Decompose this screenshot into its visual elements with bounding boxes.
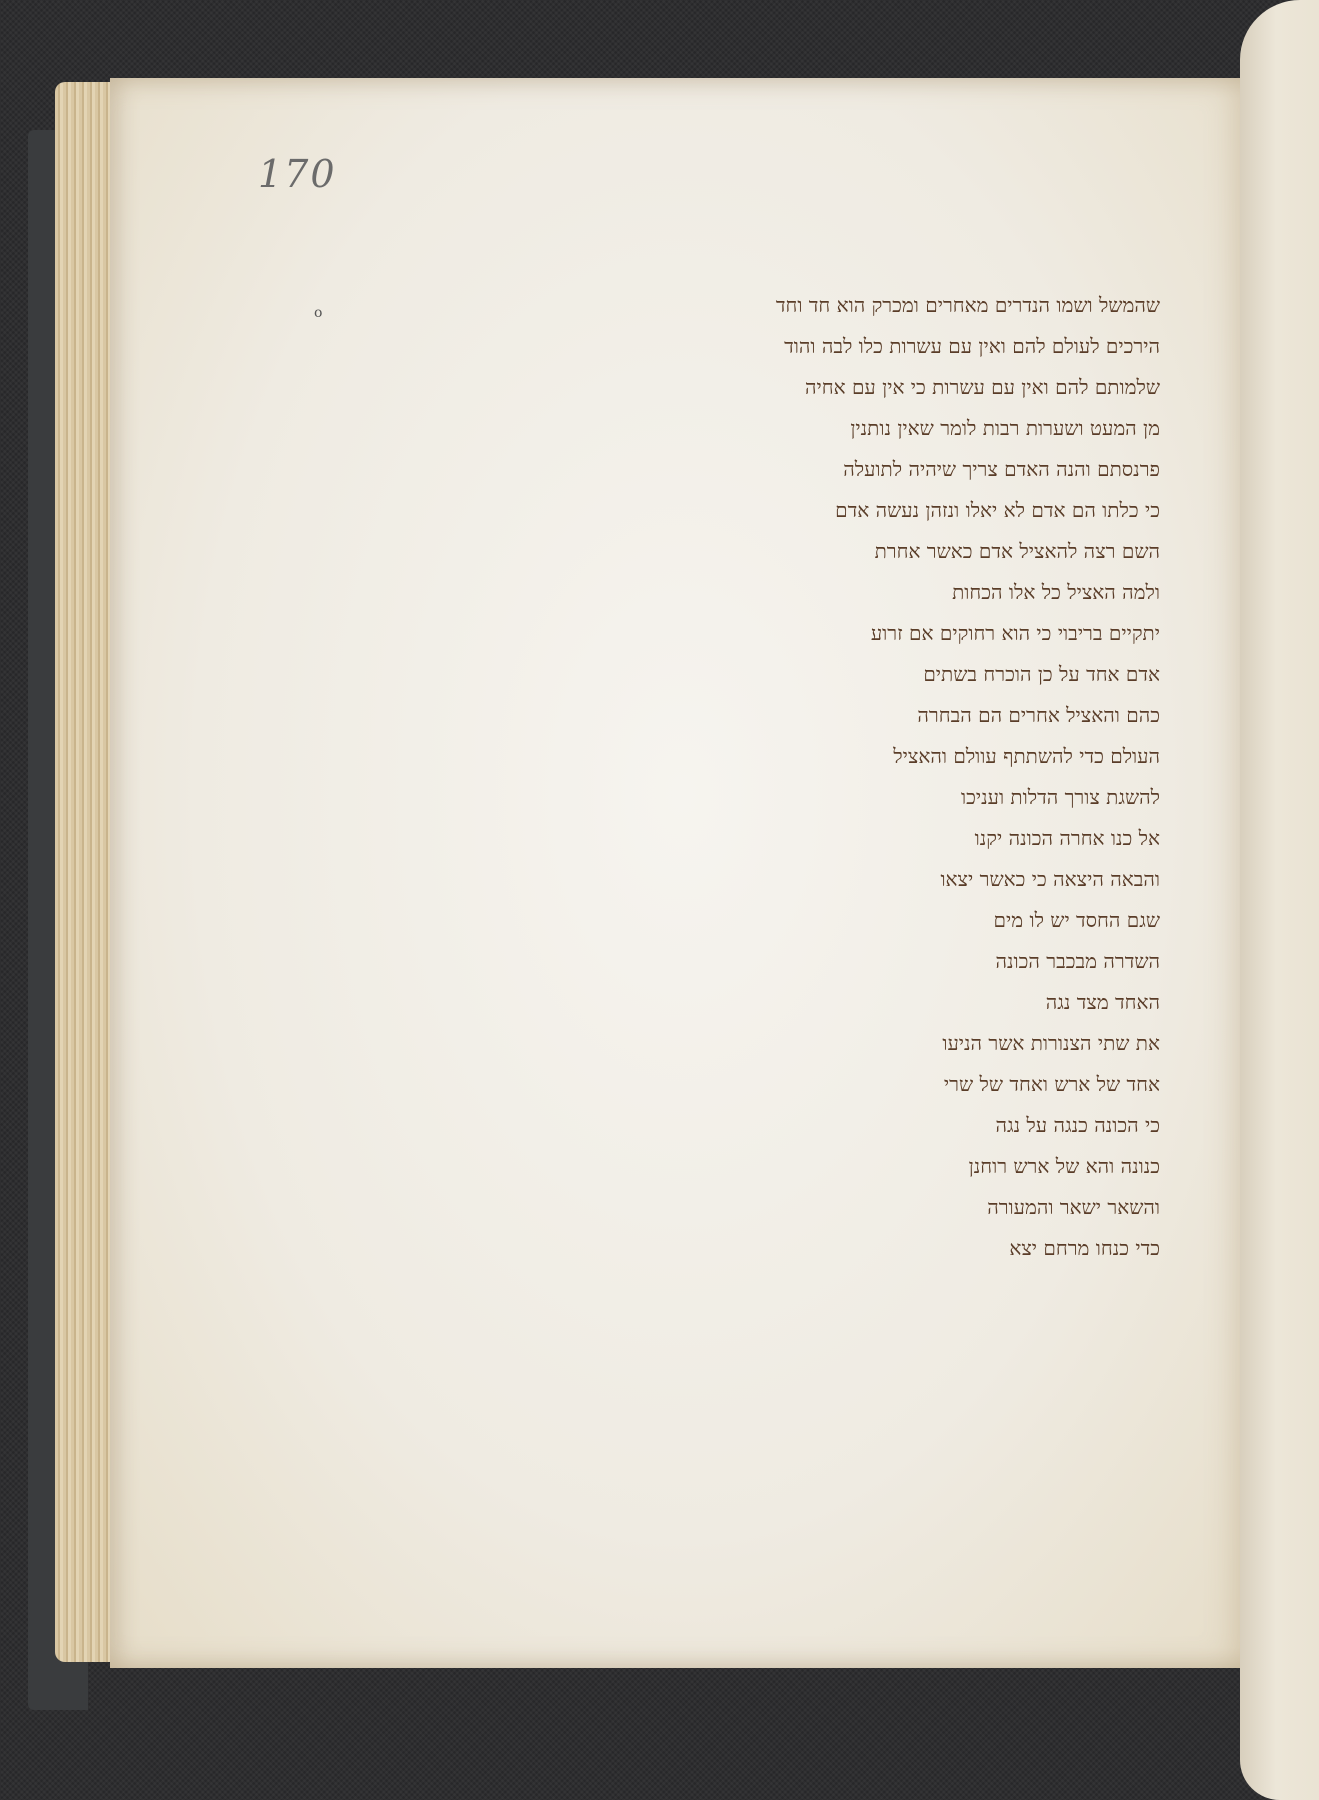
text-line: שגם החסד יש לו מים — [505, 900, 1160, 941]
main-text-block: שהמשל ושמו הנדרים מאחרים ומכרק הוא חד וח… — [505, 285, 1160, 1269]
text-line: להשגת צורך הדלות ועניכו — [505, 777, 1160, 818]
text-line: כי כלתו הם אדם לא יאלו ונזהן נעשה אדם — [505, 490, 1160, 531]
text-line: כהם והאציל אחרים הם הבחרה — [505, 695, 1160, 736]
facing-page — [1240, 0, 1319, 1800]
folio-number: 170 — [258, 152, 337, 196]
text-line: שהמשל ושמו הנדרים מאחרים ומכרק הוא חד וח… — [505, 285, 1160, 326]
text-line: שלמותם להם ואין עם עשרות כי אין עם אחיה — [505, 367, 1160, 408]
text-line: כנונה והא של ארש רוחנן — [505, 1146, 1160, 1187]
text-line: פרנסתם והנה האדם צריך שיהיה לתועלה — [505, 449, 1160, 490]
text-line: מן המעט ושערות רבות לומר שאין נותנין — [505, 408, 1160, 449]
text-line: העולם כדי להשתתף עוולם והאציל — [505, 736, 1160, 777]
text-line: ולמה האציל כל אלו הכחות — [505, 572, 1160, 613]
text-line: האחד מצד נגה — [505, 982, 1160, 1023]
text-line: אל כנו אחרה הכונה יקנו — [505, 818, 1160, 859]
text-line: כי הכונה כנגה על נגה — [505, 1105, 1160, 1146]
text-line: הירכים לעולם להם ואין עם עשרות כלו לבה ו… — [505, 326, 1160, 367]
text-line: כדי כנחו מרחם יצא — [505, 1228, 1160, 1269]
text-line: יתקיים בריבוי כי הוא רחוקים אם זרוע — [505, 613, 1160, 654]
text-line: את שתי הצנורות אשר הניעו — [505, 1023, 1160, 1064]
margin-mark: o — [314, 305, 322, 321]
text-line: אחד של ארש ואחד של שרי — [505, 1064, 1160, 1105]
text-line: והשאר ישאר והמעורה — [505, 1187, 1160, 1228]
text-line: השם רצה להאציל אדם כאשר אחרת — [505, 531, 1160, 572]
text-line: אדם אחד על כן הוכרח בשתים — [505, 654, 1160, 695]
text-line: והבאה היצאה כי כאשר יצאו — [505, 859, 1160, 900]
text-line: השדרה מבכבר הכונה — [505, 941, 1160, 982]
